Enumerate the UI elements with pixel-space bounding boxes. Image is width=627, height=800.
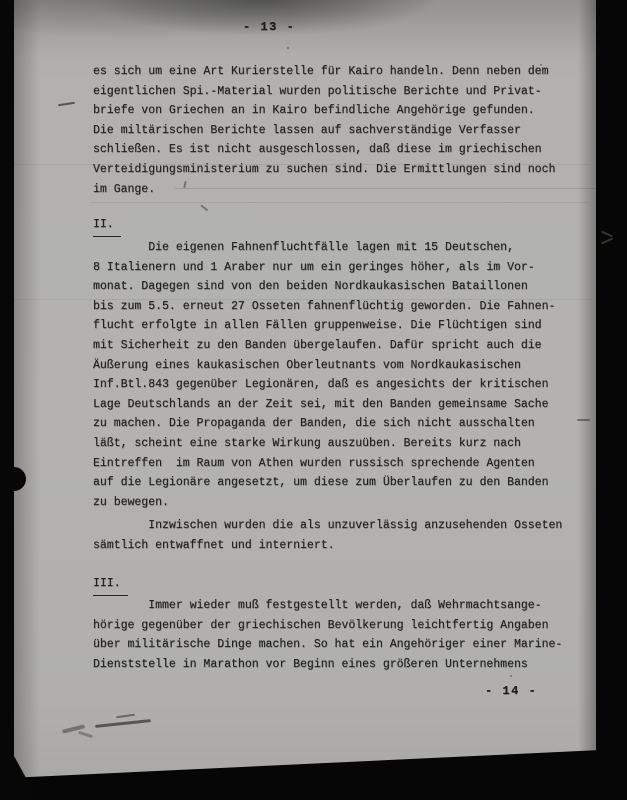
pencil-smudge <box>116 714 135 719</box>
section-iii-paragraph-wehrmacht: Immer wieder muß festgestellt werden, da… <box>93 596 562 674</box>
scan-border-left <box>0 0 14 800</box>
scan-shading-left <box>14 0 40 800</box>
pencil-dash-mark <box>577 419 590 421</box>
scan-border-right <box>596 0 627 800</box>
page-number-top: - 13 - <box>243 20 295 34</box>
section-ii-heading-label: II. <box>93 215 121 237</box>
section-iii-heading: III. <box>93 574 128 596</box>
pencil-smudge <box>78 731 93 738</box>
paper-speck <box>510 675 512 677</box>
scanned-document-page: - 13 - es sich um eine Art Kurierstelle … <box>0 0 627 800</box>
section-ii-paragraph-ossetes: Inzwischen wurden die als unzuverlässig … <box>93 516 562 555</box>
pencil-dash-mark <box>58 102 75 107</box>
scan-shading-right <box>578 0 596 800</box>
paper-speck <box>287 47 289 49</box>
intro-paragraph: es sich um eine Art Kurierstelle für Kai… <box>93 62 555 199</box>
pencil-smudge <box>95 719 151 728</box>
section-iii-heading-label: III. <box>93 574 128 596</box>
scan-ink-blob <box>13 467 26 491</box>
scan-line <box>90 202 590 203</box>
page-number-bottom: - 14 - <box>485 684 537 698</box>
section-ii-heading: II. <box>93 215 121 237</box>
pencil-tick-mark <box>200 204 208 211</box>
section-ii-paragraph-desertions: Die eigenen Fahnenfluchtfälle lagen mit … <box>93 238 555 512</box>
